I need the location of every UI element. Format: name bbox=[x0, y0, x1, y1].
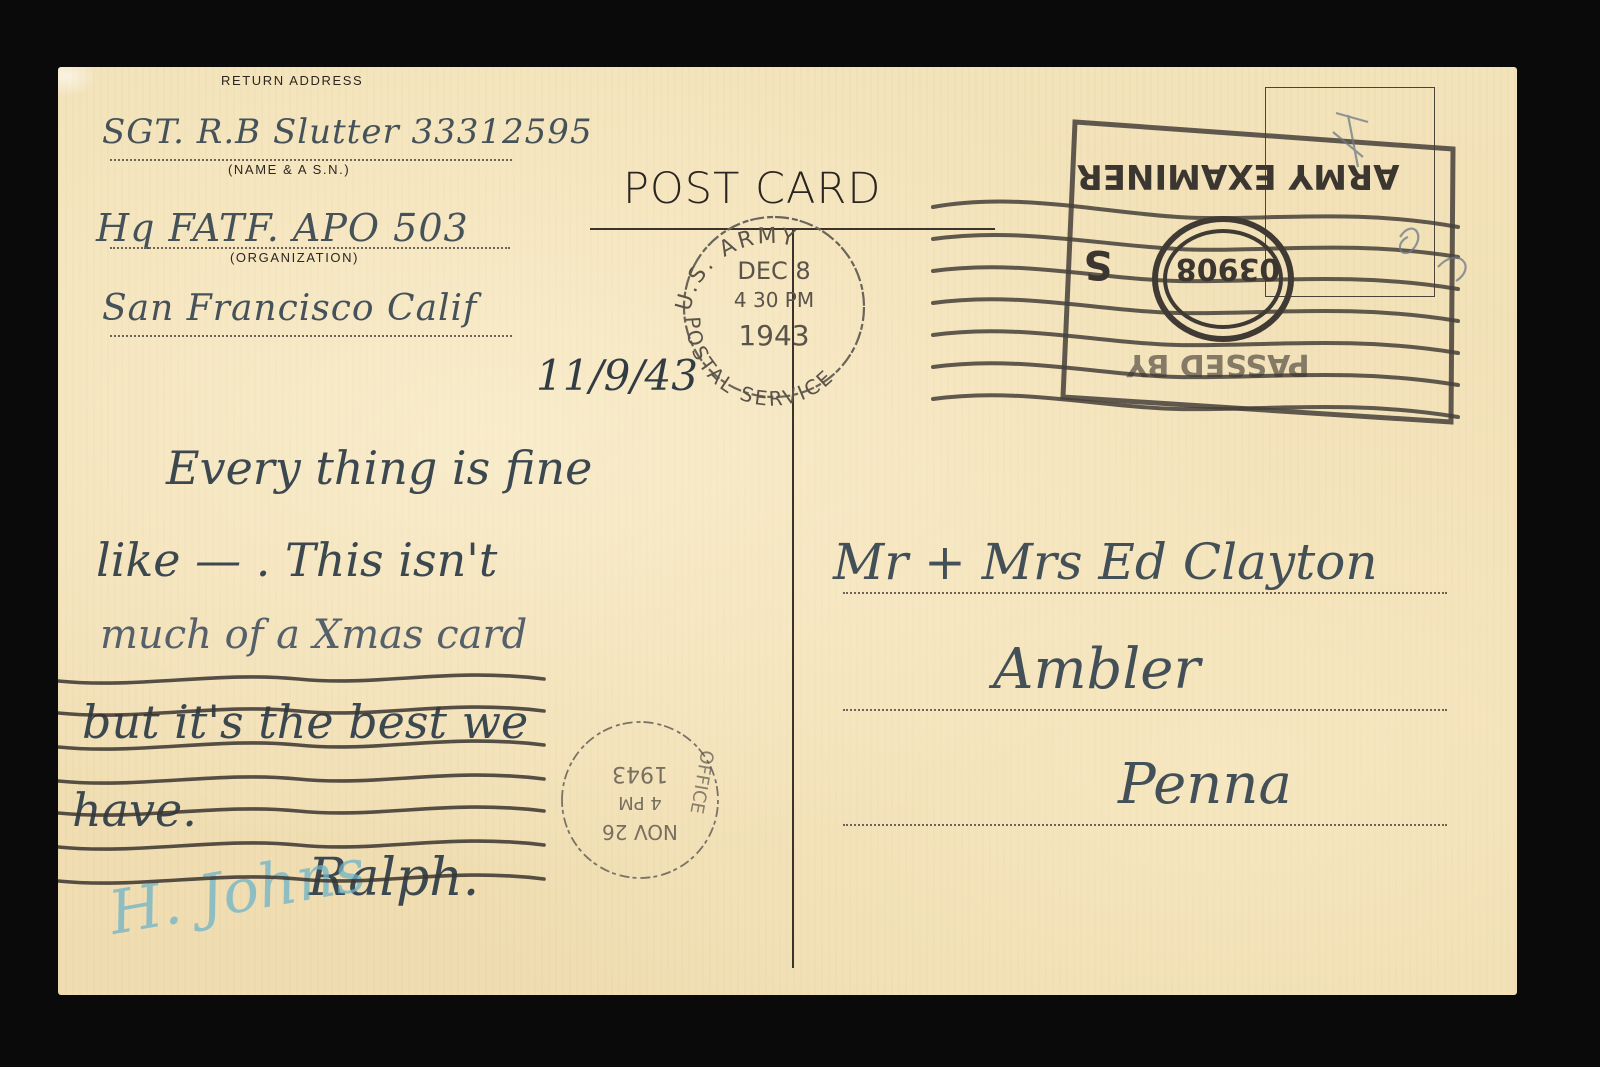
postmark-top-arc: U.S. ARMY bbox=[671, 224, 800, 314]
address-line-2 bbox=[843, 709, 1447, 711]
scan-background: RETURN ADDRESS SGT. R.B Slutter 33312595… bbox=[0, 0, 1600, 1067]
svg-text:POSTAL SERVICE: POSTAL SERVICE bbox=[681, 316, 839, 411]
postmark-date: DEC 8 bbox=[737, 257, 810, 285]
examiner-passed-by: PASSED BY bbox=[1125, 347, 1309, 382]
svg-text:OFFICE: OFFICE bbox=[686, 749, 718, 816]
svg-text:1943: 1943 bbox=[612, 761, 668, 786]
censor-crayon-signature: H. Johns bbox=[104, 835, 371, 949]
name-asn-label: (NAME & A S.N.) bbox=[228, 162, 350, 177]
message-line-2: like — . This isn't bbox=[96, 537, 497, 583]
svg-text:U.S. ARMY: U.S. ARMY bbox=[671, 224, 800, 314]
examiner-letter: S bbox=[1084, 241, 1113, 287]
address-line-3 bbox=[843, 824, 1447, 826]
postmark-year: 1943 bbox=[738, 319, 809, 352]
post-card-title: POST CARD bbox=[623, 164, 881, 214]
inverted-postmark-icon: NOV 26 4 PM 1943 OFFICE bbox=[562, 722, 718, 878]
svg-text:NOV 26: NOV 26 bbox=[602, 820, 678, 844]
city-dotted-line bbox=[110, 335, 512, 337]
postmark-time: 4 30 PM bbox=[734, 288, 814, 312]
stamp-placement-box bbox=[1265, 87, 1435, 297]
svg-text:4 PM: 4 PM bbox=[618, 792, 662, 813]
return-address-heading: RETURN ADDRESS bbox=[221, 73, 363, 88]
corner-wear bbox=[58, 67, 98, 97]
recipient-city: Ambler bbox=[993, 642, 1200, 698]
recipient-name: Mr + Mrs Ed Clayton bbox=[833, 537, 1378, 587]
organization-handwritten: Hq FATF. APO 503 bbox=[96, 209, 469, 247]
message-line-5: have. bbox=[72, 787, 197, 833]
return-city-handwritten: San Francisco Calif bbox=[102, 291, 477, 327]
message-date: 11/9/43 bbox=[536, 355, 698, 397]
organization-dotted-line bbox=[110, 247, 510, 249]
return-name-handwritten: SGT. R.B Slutter 33312595 bbox=[102, 115, 593, 149]
message-line-4: but it's the best we bbox=[82, 699, 528, 745]
message-line-3: much of a Xmas card bbox=[100, 615, 527, 655]
army-postmark-icon: U.S. ARMY POSTAL SERVICE DEC 8 4 30 PM 1… bbox=[671, 217, 864, 411]
organization-label: (ORGANIZATION) bbox=[230, 250, 359, 265]
address-line-1 bbox=[843, 592, 1447, 594]
postcard: RETURN ADDRESS SGT. R.B Slutter 33312595… bbox=[58, 67, 1517, 995]
message-line-1: Every thing is fine bbox=[166, 445, 592, 491]
recipient-state: Penna bbox=[1118, 757, 1292, 813]
postmark-bottom-arc: POSTAL SERVICE bbox=[681, 316, 839, 411]
name-dotted-line bbox=[110, 159, 512, 161]
center-divider bbox=[792, 228, 794, 968]
